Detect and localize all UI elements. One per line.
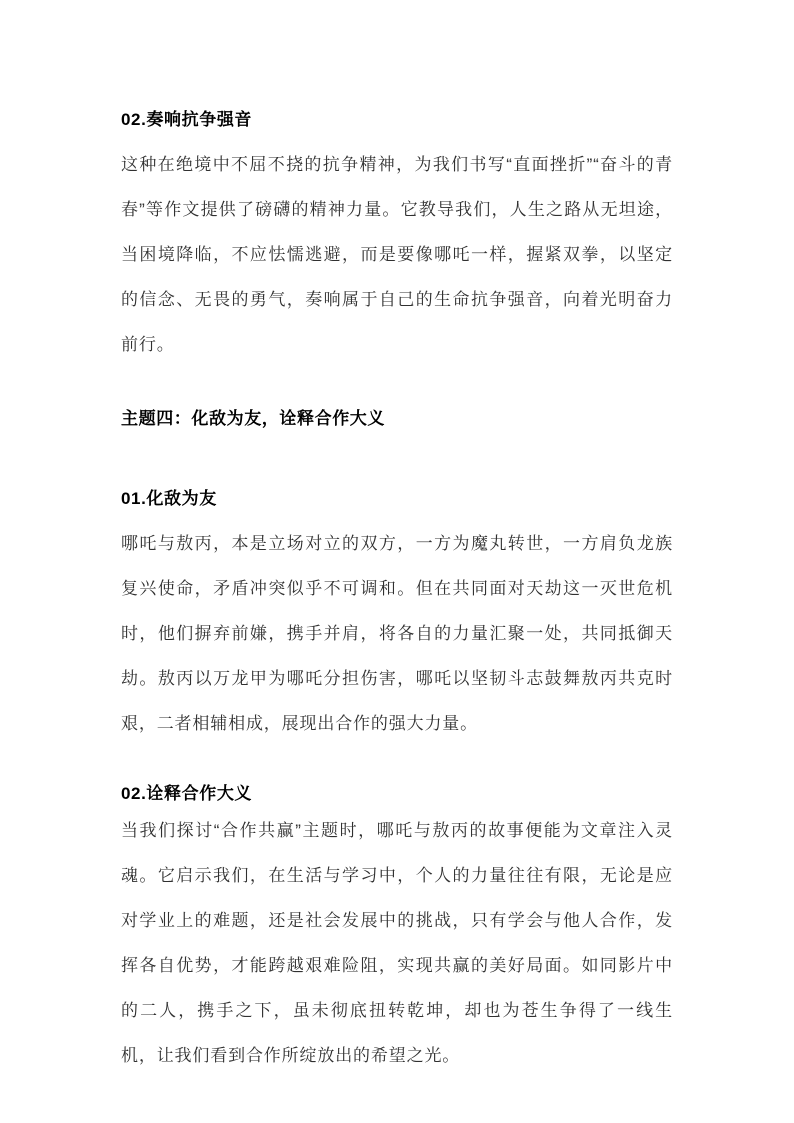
paragraph-hezuo: 当我们探讨“合作共赢”主题时，哪吒与敖丙的故事便能为文章注入灵魂。它启示我们，在… [121, 808, 673, 1078]
paragraph-huadiweiyou: 哪吒与敖丙，本是立场对立的双方，一方为魔丸转世，一方肩负龙族复兴使命，矛盾冲突似… [121, 521, 673, 746]
paragraph-kangzheng: 这种在绝境中不屈不挠的抗争精神，为我们书写“直面挫折”“奋斗的青春”等作文提供了… [121, 142, 673, 367]
section-heading-huadiweiyou-01: 01.化敌为友 [121, 476, 673, 521]
document-page: 02.奏响抗争强音 这种在绝境中不屈不挠的抗争精神，为我们书写“直面挫折”“奋斗… [0, 0, 794, 1123]
section-heading-kangzheng-02: 02.奏响抗争强音 [121, 97, 673, 142]
theme-heading-four: 主题四：化敌为友，诠释合作大义 [121, 396, 673, 441]
